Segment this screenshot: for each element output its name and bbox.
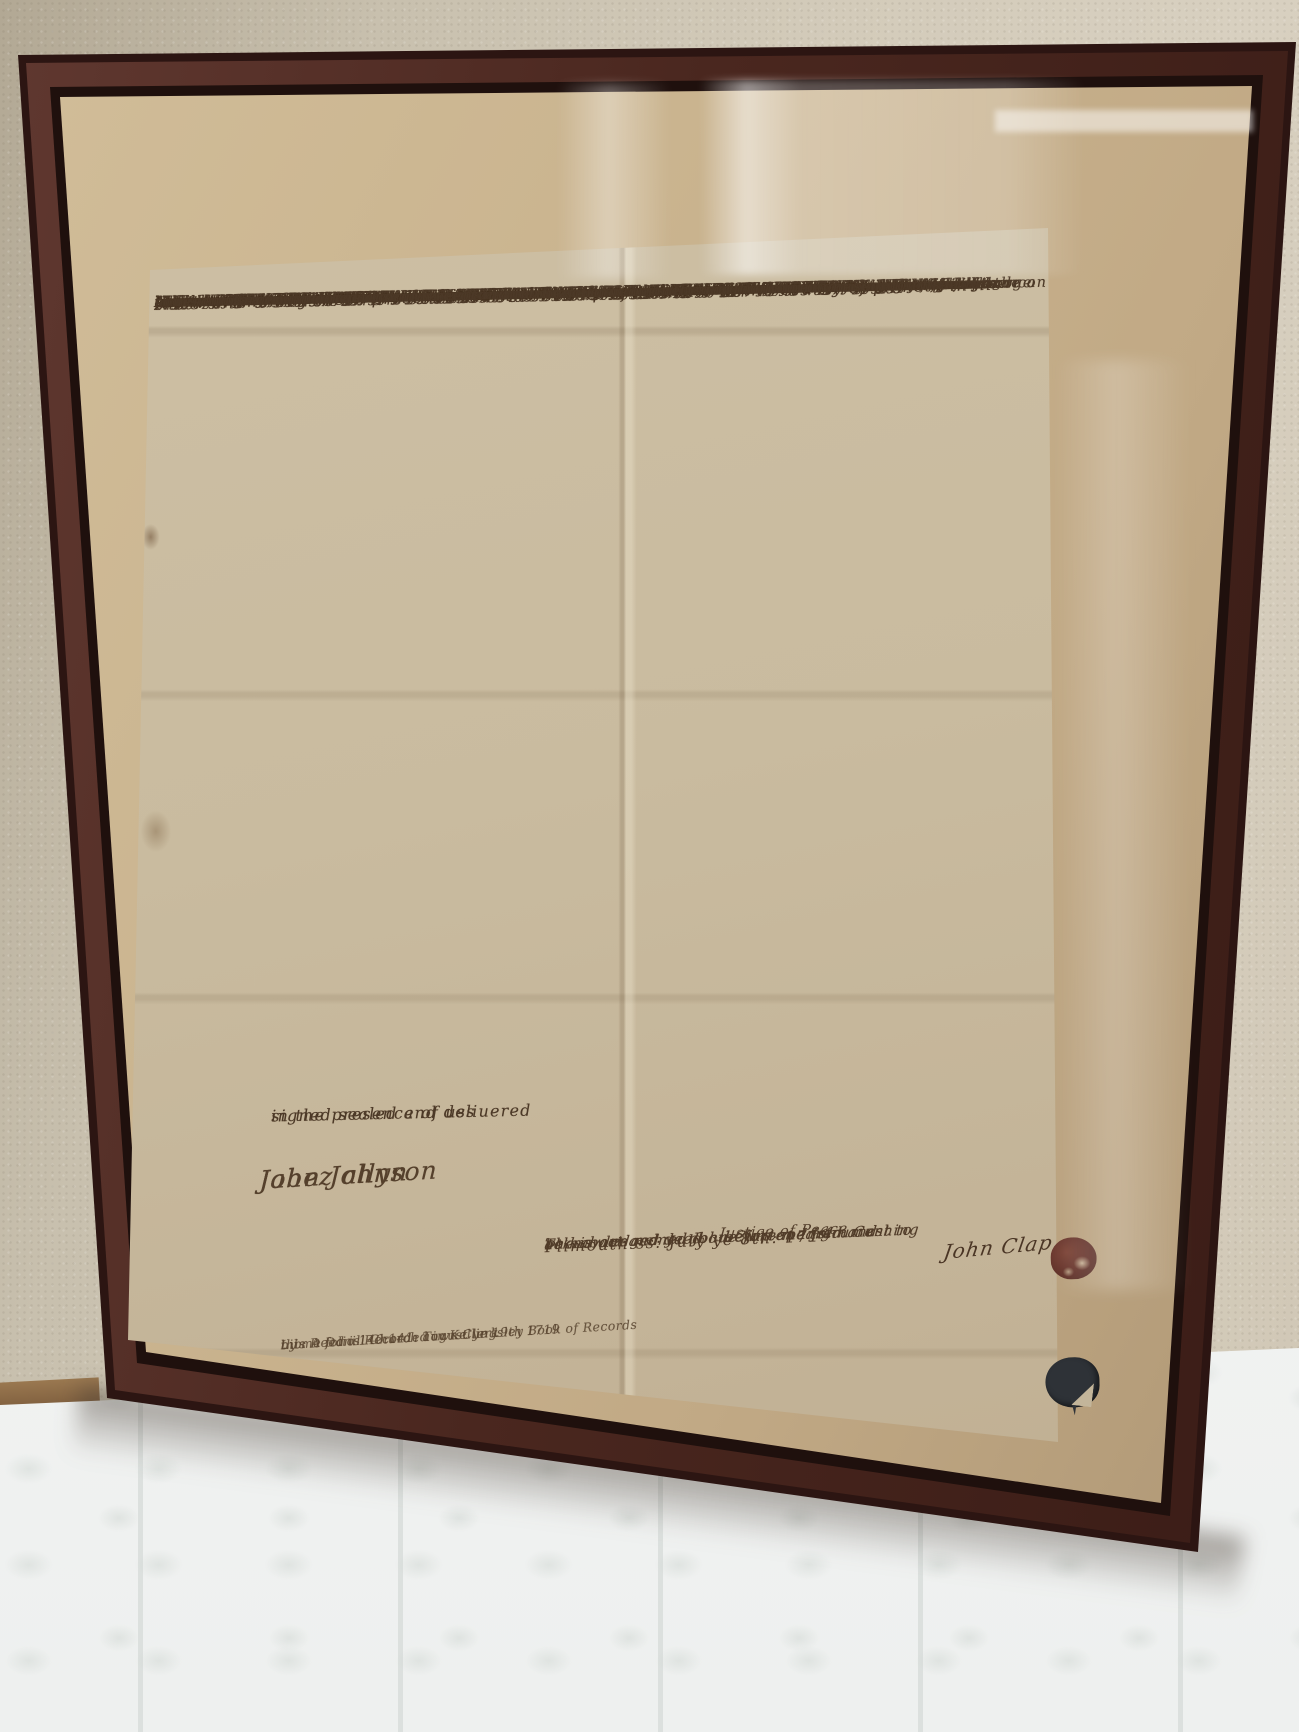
closing-line: in the presence of uss bbox=[271, 1101, 476, 1127]
witness-signature: John Johnson bbox=[258, 1145, 439, 1204]
photo-scene: Know all men by these presence that i io… bbox=[0, 0, 1299, 1732]
recording-note-line: by me Danill Church Town Clerk bbox=[280, 1325, 499, 1354]
deed-body: Know all men by these presence that i io… bbox=[155, 276, 1053, 296]
deed-text: Know all men by these presence that i io… bbox=[150, 249, 1082, 1449]
ink-seal bbox=[1045, 1357, 1100, 1408]
grantor-signature: John Clap bbox=[942, 1230, 1055, 1264]
